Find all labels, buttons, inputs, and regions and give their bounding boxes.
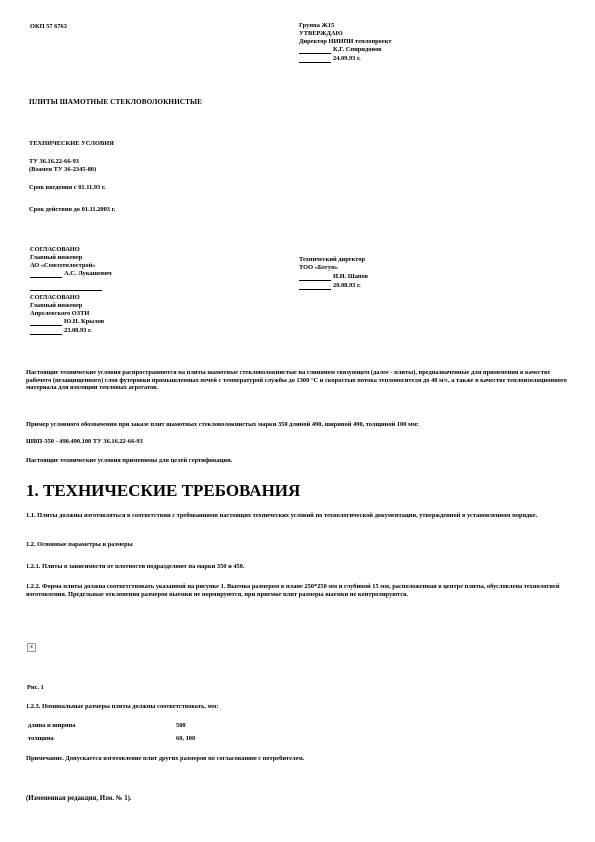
approver-date: 24.09.93 г.: [333, 55, 361, 62]
broken-image-glyph: x: [30, 645, 33, 650]
paragraph-1-1: 1.1. Плиты должны изготовляться в соотве…: [26, 512, 574, 520]
approved-label: УТВЕРЖДАЮ: [299, 30, 343, 38]
example-intro: Пример условного обозначения при заказе …: [26, 421, 574, 429]
agreement-title: Технический директор: [299, 256, 365, 264]
okp-code: ОКП 57 6763: [30, 23, 67, 31]
note-paragraph: Примечание. Допускается изготовление пли…: [26, 755, 574, 763]
spec-number: ТУ 36.16.22-66-93: [29, 158, 79, 166]
spec-kind: ТЕХНИЧЕСКИЕ УСЛОВИЯ: [29, 140, 114, 148]
spec-start-date: Срок введения с 01.11.93 г.: [29, 184, 106, 192]
agreement-date: 23.08.93 г.: [64, 327, 92, 334]
agreement-title: Главный инженер: [30, 302, 82, 310]
scope-paragraph: Настоящие технические условия распростра…: [26, 369, 574, 392]
certification-note: Настоящие технические условия применимы …: [26, 457, 574, 465]
agreement-org: ТОО «Бегун»: [299, 264, 338, 272]
figure-caption: Рис. 1: [27, 684, 44, 692]
agreement-title: Главный инженер: [30, 254, 82, 262]
agreement-date-line: 23.08.93 г.: [30, 327, 92, 335]
section-heading: 1. ТЕХНИЧЕСКИЕ ТРЕБОВАНИЯ: [26, 481, 300, 501]
approver-date-line: 24.09.93 г.: [299, 55, 361, 63]
signature-line: [30, 271, 62, 278]
signature-line: [30, 319, 62, 326]
divider: [30, 290, 102, 291]
paragraph-1-2-3: 1.2.3. Номинальные размеры плиты должны …: [26, 703, 574, 711]
agreement-label: СОГЛАСОВАНО: [30, 246, 80, 254]
signature-line: [299, 283, 331, 290]
agreement-date: 20.08.93 г.: [333, 282, 361, 289]
signature-line: [30, 328, 62, 335]
spec-replaces: (Взамен ТУ 36-2345-80): [29, 166, 96, 174]
dim-value: 500: [176, 722, 186, 730]
broken-image-icon: x: [27, 643, 36, 652]
agreement-signature: И.И. Шапов: [299, 273, 368, 281]
signature-line: [299, 274, 331, 281]
example-code: ШВП-350 - 490.490.100 ТУ 36.16.22-66-93: [26, 438, 574, 446]
agreement-org: АО «Союзтеплострой»: [30, 262, 95, 270]
agreement-name: А.С. Лукашевич: [64, 270, 112, 277]
group-code: Группа Ж15: [299, 22, 334, 30]
paragraph-1-2-2: 1.2.2. Форма плиты должна соответствоват…: [26, 583, 574, 598]
agreement-signature: Ю.Н. Крылов: [30, 318, 104, 326]
agreement-name: И.И. Шапов: [333, 273, 368, 280]
agreement-org: Апрелевского ОЗТИ: [30, 310, 89, 318]
agreement-date-line: 20.08.93 г.: [299, 282, 361, 290]
approver-name: К.Г. Спиридонов: [333, 46, 382, 53]
approver-signature: К.Г. Спиридонов: [299, 46, 382, 54]
spec-valid-until: Срок действия до 01.11.2003 г.: [29, 206, 115, 214]
approver-title: Директор НИИПИ теплопроект: [299, 38, 392, 46]
document-title: ПЛИТЫ ШАМОТНЫЕ СТЕКЛОВОЛОКНИСТЫЕ: [29, 99, 202, 107]
paragraph-1-2: 1.2. Основные параметры и размеры: [26, 541, 574, 549]
signature-line: [299, 56, 331, 63]
dim-value: 60, 100: [176, 735, 195, 743]
dim-name: длина и ширина: [28, 722, 75, 730]
signature-line: [299, 47, 331, 54]
revision-note: (Измененная редакция, Изм. № 1).: [26, 795, 574, 803]
dim-name: толщина: [28, 735, 54, 743]
paragraph-1-2-1: 1.2.1. Плиты в зависимости от плотности …: [26, 563, 574, 571]
agreement-label: СОГЛАСОВАНО: [30, 294, 80, 302]
agreement-name: Ю.Н. Крылов: [64, 318, 104, 325]
agreement-signature: А.С. Лукашевич: [30, 270, 112, 278]
